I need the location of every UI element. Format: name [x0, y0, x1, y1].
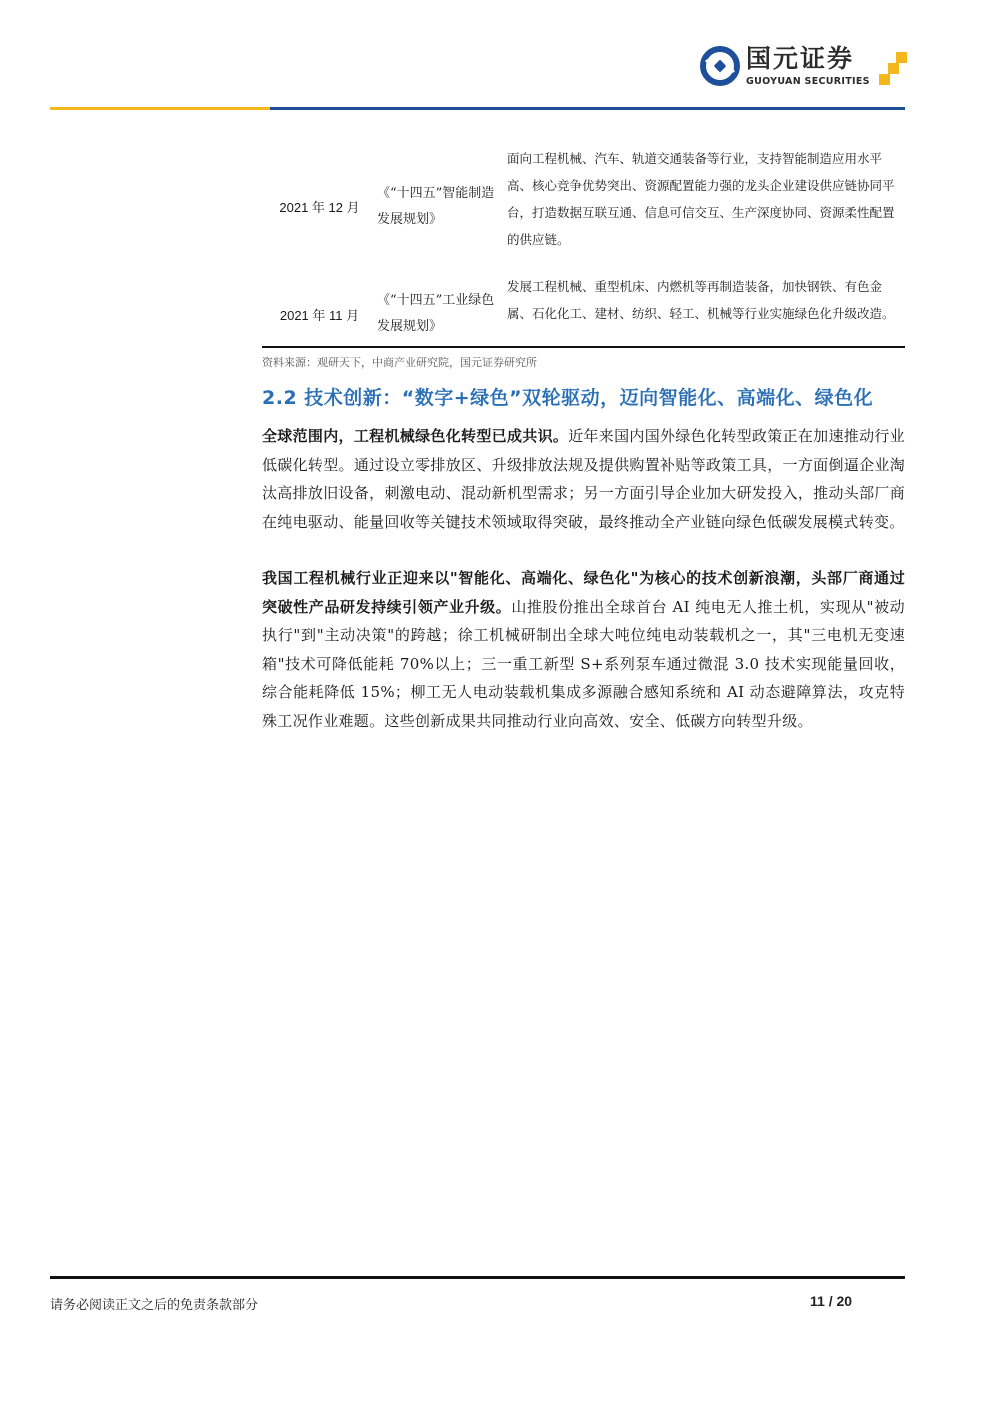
header-divider-blue: [270, 107, 905, 110]
policy-date: 2021 年 12 月: [262, 145, 377, 268]
guoyuan-logo-icon: [700, 46, 740, 86]
paragraph: 全球范围内，工程机械绿色化转型已成共识。近年来国内国外绿色化转型政策正在加速推动…: [262, 422, 905, 536]
paragraph-body: 山推股份推出全球首台 AI 纯电无人推土机，实现从"被动执行"到"主动决策"的跨…: [262, 598, 905, 730]
policy-date: 2021 年 11 月: [262, 273, 377, 355]
footer-divider: [50, 1276, 905, 1279]
table-row: 2021 年 11 月 《“十四五”工业绿色发展规划》 发展工程机械、重型机床、…: [262, 273, 905, 355]
page-number: 11 / 20: [810, 1293, 852, 1309]
policy-description: 发展工程机械、重型机床、内燃机等再制造装备，加快钢铁、有色金属、石化化工、建材、…: [497, 273, 905, 355]
paragraph: 我国工程机械行业正迎来以"智能化、高端化、绿色化"为核心的技术创新浪潮，头部厂商…: [262, 564, 905, 735]
paragraph-lead: 全球范围内，工程机械绿色化转型已成共识。: [262, 427, 568, 445]
logo-chinese-name: 国元证券: [746, 44, 854, 74]
section-heading: 2.2 技术创新：“数字+绿色”双轮驱动，迈向智能化、高端化、绿色化: [262, 383, 873, 410]
table-source: 资料来源：观研天下，中商产业研究院，国元证券研究所: [262, 354, 537, 370]
header-divider-yellow: [50, 107, 270, 110]
policy-name: 《“十四五”智能制造发展规划》: [377, 145, 497, 268]
policy-name: 《“十四五”工业绿色发展规划》: [377, 273, 497, 355]
table-row: 2021 年 12 月 《“十四五”智能制造发展规划》 面向工程机械、汽车、轨道…: [262, 145, 905, 268]
table-bottom-rule: [262, 346, 905, 348]
footer-disclaimer: 请务必阅读正文之后的免责条款部分: [50, 1294, 258, 1313]
policy-table: 2021 年 12 月 《“十四五”智能制造发展规划》 面向工程机械、汽车、轨道…: [262, 145, 905, 355]
company-logo: 国元证券 GUOYUAN SECURITIES: [700, 44, 910, 94]
policy-description: 面向工程机械、汽车、轨道交通装备等行业，支持智能制造应用水平高、核心竞争优势突出…: [497, 145, 905, 268]
logo-english-name: GUOYUAN SECURITIES: [746, 76, 870, 87]
logo-squares-icon: [876, 50, 916, 90]
